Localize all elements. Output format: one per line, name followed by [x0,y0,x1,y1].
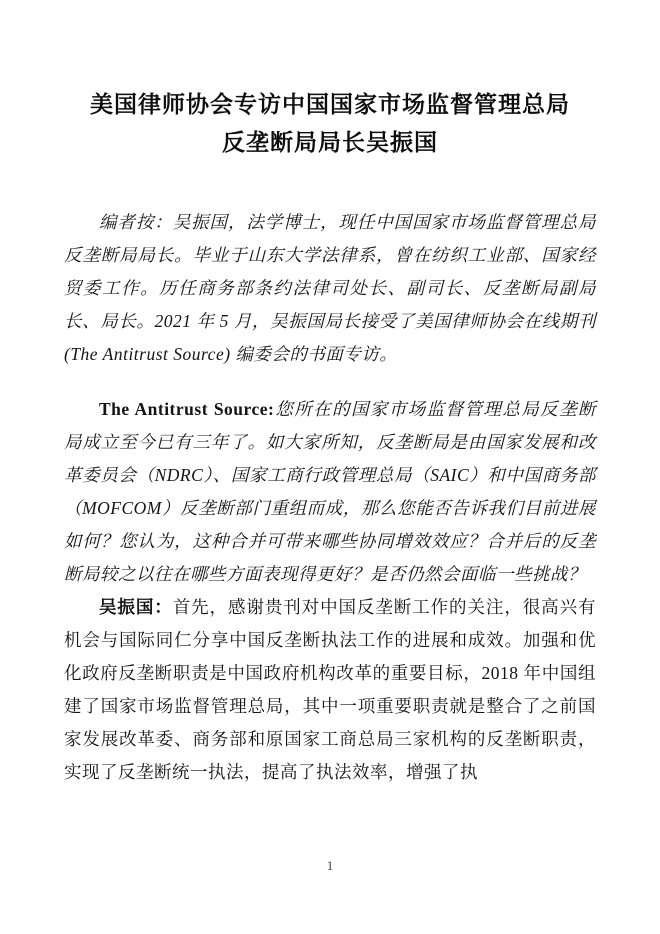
document-title-line2: 反垄断局局长吴振国 [222,130,438,155]
answer-text: 首先，感谢贵刊对中国反垄断工作的关注，很高兴有机会与国际同仁分享中国反垄断执法工… [64,597,596,782]
page-number: 1 [0,858,660,874]
question-text: 您所在的国家市场监督管理总局反垄断局成立至今已有三年了。如大家所知，反垄断局是由… [64,399,596,584]
document-page: 美国律师协会专访中国国家市场监督管理总局 反垄断局局长吴振国 编者按：吴振国，法… [0,0,660,934]
question-lead: The Antitrust Source: [99,399,274,419]
document-title-line1: 美国律师协会专访中国国家市场监督管理总局 [90,92,570,117]
answer-lead: 吴振国： [99,597,173,617]
answer-paragraph: 吴振国：首先，感谢贵刊对中国反垄断工作的关注，很高兴有机会与国际同仁分享中国反垄… [64,591,596,789]
document-title: 美国律师协会专访中国国家市场监督管理总局 反垄断局局长吴振国 [64,86,596,162]
editor-note-paragraph: 编者按：吴振国，法学博士，现任中国国家市场监督管理总局反垄断局局长。毕业于山东大… [64,206,596,371]
question-paragraph: The Antitrust Source:您所在的国家市场监督管理总局反垄断局成… [64,393,596,591]
